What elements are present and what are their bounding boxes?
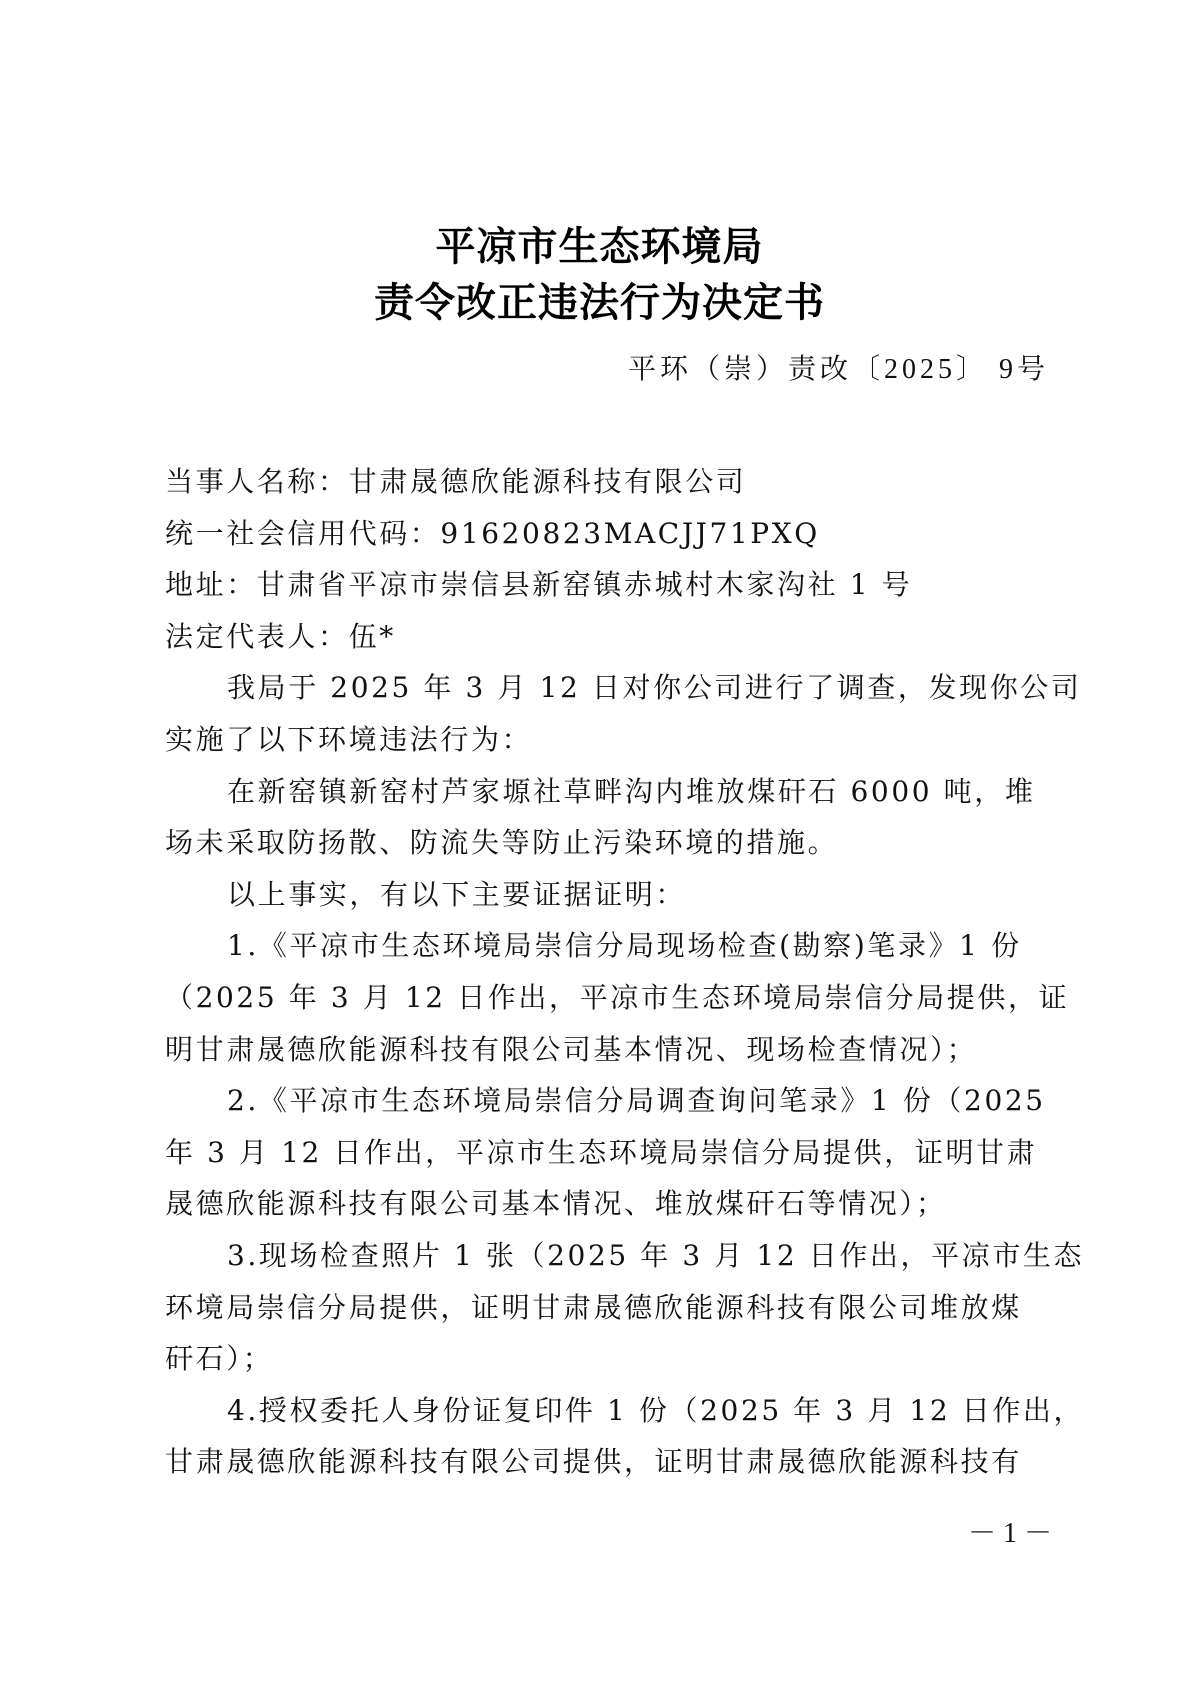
document-number: 平环（崇）责改〔2025〕 9号 xyxy=(628,352,1049,388)
party-name: 当事人名称：甘肃晟德欣能源科技有限公司 xyxy=(165,456,1050,508)
evidence-item-3: 矸石）； xyxy=(165,1333,1050,1385)
evidence-intro: 以上事实，有以下主要证据证明： xyxy=(165,869,1050,921)
party-address: 地址：甘肃省平凉市崇信县新窑镇赤城村木家沟社 1 号 xyxy=(165,559,1050,611)
party-credit-code: 统一社会信用代码：91620823MACJJ71PXQ xyxy=(165,508,1050,560)
evidence-item-2: 2.《平凉市生态环境局崇信分局调查询问笔录》1 份（2025 xyxy=(165,1075,1050,1127)
issuer-title: 平凉市生态环境局 xyxy=(0,219,1199,275)
violation-description: 场未采取防扬散、防流失等防止污染环境的措施。 xyxy=(165,817,1050,869)
violation-description: 在新窑镇新窑村芦家塬社草畔沟内堆放煤矸石 6000 吨，堆 xyxy=(165,766,1050,818)
body-line: 我局于 2025 年 3 月 12 日对你公司进行了调查，发现你公司 xyxy=(165,662,1050,714)
document-title: 责令改正违法行为决定书 xyxy=(0,275,1199,331)
evidence-item-1: 1.《平凉市生态环境局崇信分局现场检查(勘察)笔录》1 份 xyxy=(165,920,1050,972)
evidence-item-3: 环境局崇信分局提供，证明甘肃晟德欣能源科技有限公司堆放煤 xyxy=(165,1282,1050,1334)
evidence-item-1: （2025 年 3 月 12 日作出，平凉市生态环境局崇信分局提供，证 xyxy=(165,972,1050,1024)
evidence-item-4: 4.授权委托人身份证复印件 1 份（2025 年 3 月 12 日作出， xyxy=(165,1385,1050,1437)
document-body: 当事人名称：甘肃晟德欣能源科技有限公司 统一社会信用代码：91620823MAC… xyxy=(165,456,1050,1488)
document-page: 平凉市生态环境局 责令改正违法行为决定书 平环（崇）责改〔2025〕 9号 当事… xyxy=(0,0,1199,1696)
page-number: － 1 － xyxy=(965,1516,1055,1552)
evidence-item-4: 甘肃晟德欣能源科技有限公司提供，证明甘肃晟德欣能源科技有 xyxy=(165,1436,1050,1488)
evidence-item-2: 年 3 月 12 日作出，平凉市生态环境局崇信分局提供，证明甘肃 xyxy=(165,1127,1050,1179)
evidence-item-2: 晟德欣能源科技有限公司基本情况、堆放煤矸石等情况）； xyxy=(165,1178,1050,1230)
body-line: 实施了以下环境违法行为： xyxy=(165,714,1050,766)
evidence-item-1: 明甘肃晟德欣能源科技有限公司基本情况、现场检查情况）； xyxy=(165,1024,1050,1076)
party-legal-representative: 法定代表人：伍* xyxy=(165,611,1050,663)
evidence-item-3: 3.现场检查照片 1 张（2025 年 3 月 12 日作出，平凉市生态 xyxy=(165,1230,1050,1282)
